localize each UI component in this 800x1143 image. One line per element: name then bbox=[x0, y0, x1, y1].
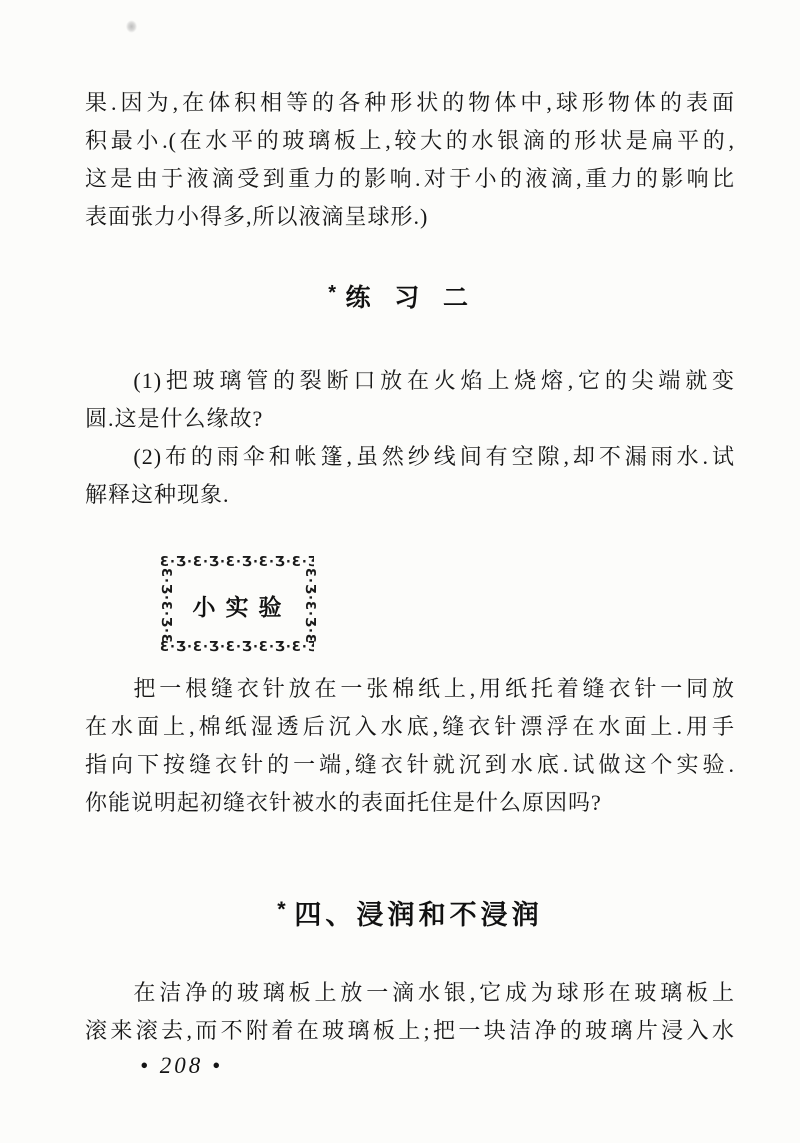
text-line: 表面张力小得多,所以液滴呈球形.) bbox=[85, 198, 735, 236]
text-line: (2)布的雨伞和帐篷,虽然纱线间有空隙,却不漏雨水.试 bbox=[85, 438, 735, 476]
ornament-border-right: Ɛ·Ʒ·Ɛ·Ʒ·Ɛ·Ʒ·Ɛ·Ʒ·Ɛ·Ʒ·Ɛ·Ʒ·Ɛ·Ʒ·Ɛ·Ʒ· bbox=[302, 568, 316, 643]
text-line: 在洁净的玻璃板上放一滴水银,它成为球形在玻璃板上 bbox=[85, 974, 735, 1012]
text-line: 你能说明起初缝衣针被水的表面托住是什么原因吗? bbox=[85, 784, 735, 822]
textbook-page: 果.因为,在体积相等的各种形状的物体中,球形物体的表面积最小.(在水平的玻璃板上… bbox=[0, 0, 800, 1143]
exercise-heading-text: 练习二 bbox=[346, 284, 492, 312]
section-heading: *四、浸润和不浸润 bbox=[85, 893, 735, 932]
text-line: 指向下按缝衣针的一端,缝衣针就沉到水底.试做这个实验. bbox=[85, 746, 735, 784]
text-line: 在水面上,棉纸湿透后沉入水底,缝衣针漂浮在水面上.用手 bbox=[85, 708, 735, 746]
question-2: (2)布的雨伞和帐篷,虽然纱线间有空隙,却不漏雨水.试解释这种现象. bbox=[85, 438, 735, 514]
closing-paragraph: 在洁净的玻璃板上放一滴水银,它成为球形在玻璃板上滚来滚去,而不附着在玻璃板上;把… bbox=[85, 974, 735, 1050]
experiment-paragraph: 把一根缝衣针放在一张棉纸上,用纸托着缝衣针一同放在水面上,棉纸湿透后沉入水底,缝… bbox=[85, 670, 735, 822]
body-paragraph-surface-tension: 果.因为,在体积相等的各种形状的物体中,球形物体的表面积最小.(在水平的玻璃板上… bbox=[85, 84, 735, 236]
question-1: (1)把玻璃管的裂断口放在火焰上烧熔,它的尖端就变圆.这是什么缘故? bbox=[85, 362, 735, 438]
text-line: 解释这种现象. bbox=[85, 476, 735, 514]
ornament-border-top: Ɛ·Ʒ·Ɛ·Ʒ·Ɛ·Ʒ·Ɛ·Ʒ·Ɛ·Ʒ·Ɛ·Ʒ·Ɛ·Ʒ·Ɛ·Ʒ·Ɛ·Ʒ·Ɛ·Ʒ·… bbox=[160, 556, 314, 570]
text-line: (1)把玻璃管的裂断口放在火焰上烧熔,它的尖端就变 bbox=[85, 362, 735, 400]
page-number: • 208 • bbox=[140, 1053, 223, 1079]
ornament-border-left: Ɛ·Ʒ·Ɛ·Ʒ·Ɛ·Ʒ·Ɛ·Ʒ·Ɛ·Ʒ·Ɛ·Ʒ·Ɛ·Ʒ·Ɛ·Ʒ· bbox=[158, 568, 172, 643]
text-line: 圆.这是什么缘故? bbox=[85, 400, 735, 438]
text-line: 积最小.(在水平的玻璃板上,较大的水银滴的形状是扁平的, bbox=[85, 122, 735, 160]
footnote-asterisk: * bbox=[277, 896, 285, 921]
exercise-heading: *练习二 bbox=[85, 278, 735, 314]
text-line: 滚来滚去,而不附着在玻璃板上;把一块洁净的玻璃片浸入水 bbox=[85, 1012, 735, 1050]
footnote-asterisk: * bbox=[328, 282, 336, 304]
scan-smudge bbox=[124, 18, 139, 35]
ornament-border-bottom: Ɛ·Ʒ·Ɛ·Ʒ·Ɛ·Ʒ·Ɛ·Ʒ·Ɛ·Ʒ·Ɛ·Ʒ·Ɛ·Ʒ·Ɛ·Ʒ·Ɛ·Ʒ·Ɛ·Ʒ·… bbox=[160, 641, 314, 655]
text-line: 把一根缝衣针放在一张棉纸上,用纸托着缝衣针一同放 bbox=[85, 670, 735, 708]
experiment-box: Ɛ·Ʒ·Ɛ·Ʒ·Ɛ·Ʒ·Ɛ·Ʒ·Ɛ·Ʒ·Ɛ·Ʒ·Ɛ·Ʒ·Ɛ·Ʒ·Ɛ·Ʒ·Ɛ·Ʒ·… bbox=[158, 556, 316, 655]
experiment-box-label: 小实验 bbox=[172, 570, 302, 641]
text-line: 这是由于液滴受到重力的影响.对于小的液滴,重力的影响比 bbox=[85, 160, 735, 198]
text-line: 果.因为,在体积相等的各种形状的物体中,球形物体的表面 bbox=[85, 84, 735, 122]
section-heading-text: 四、浸润和不浸润 bbox=[294, 900, 542, 930]
